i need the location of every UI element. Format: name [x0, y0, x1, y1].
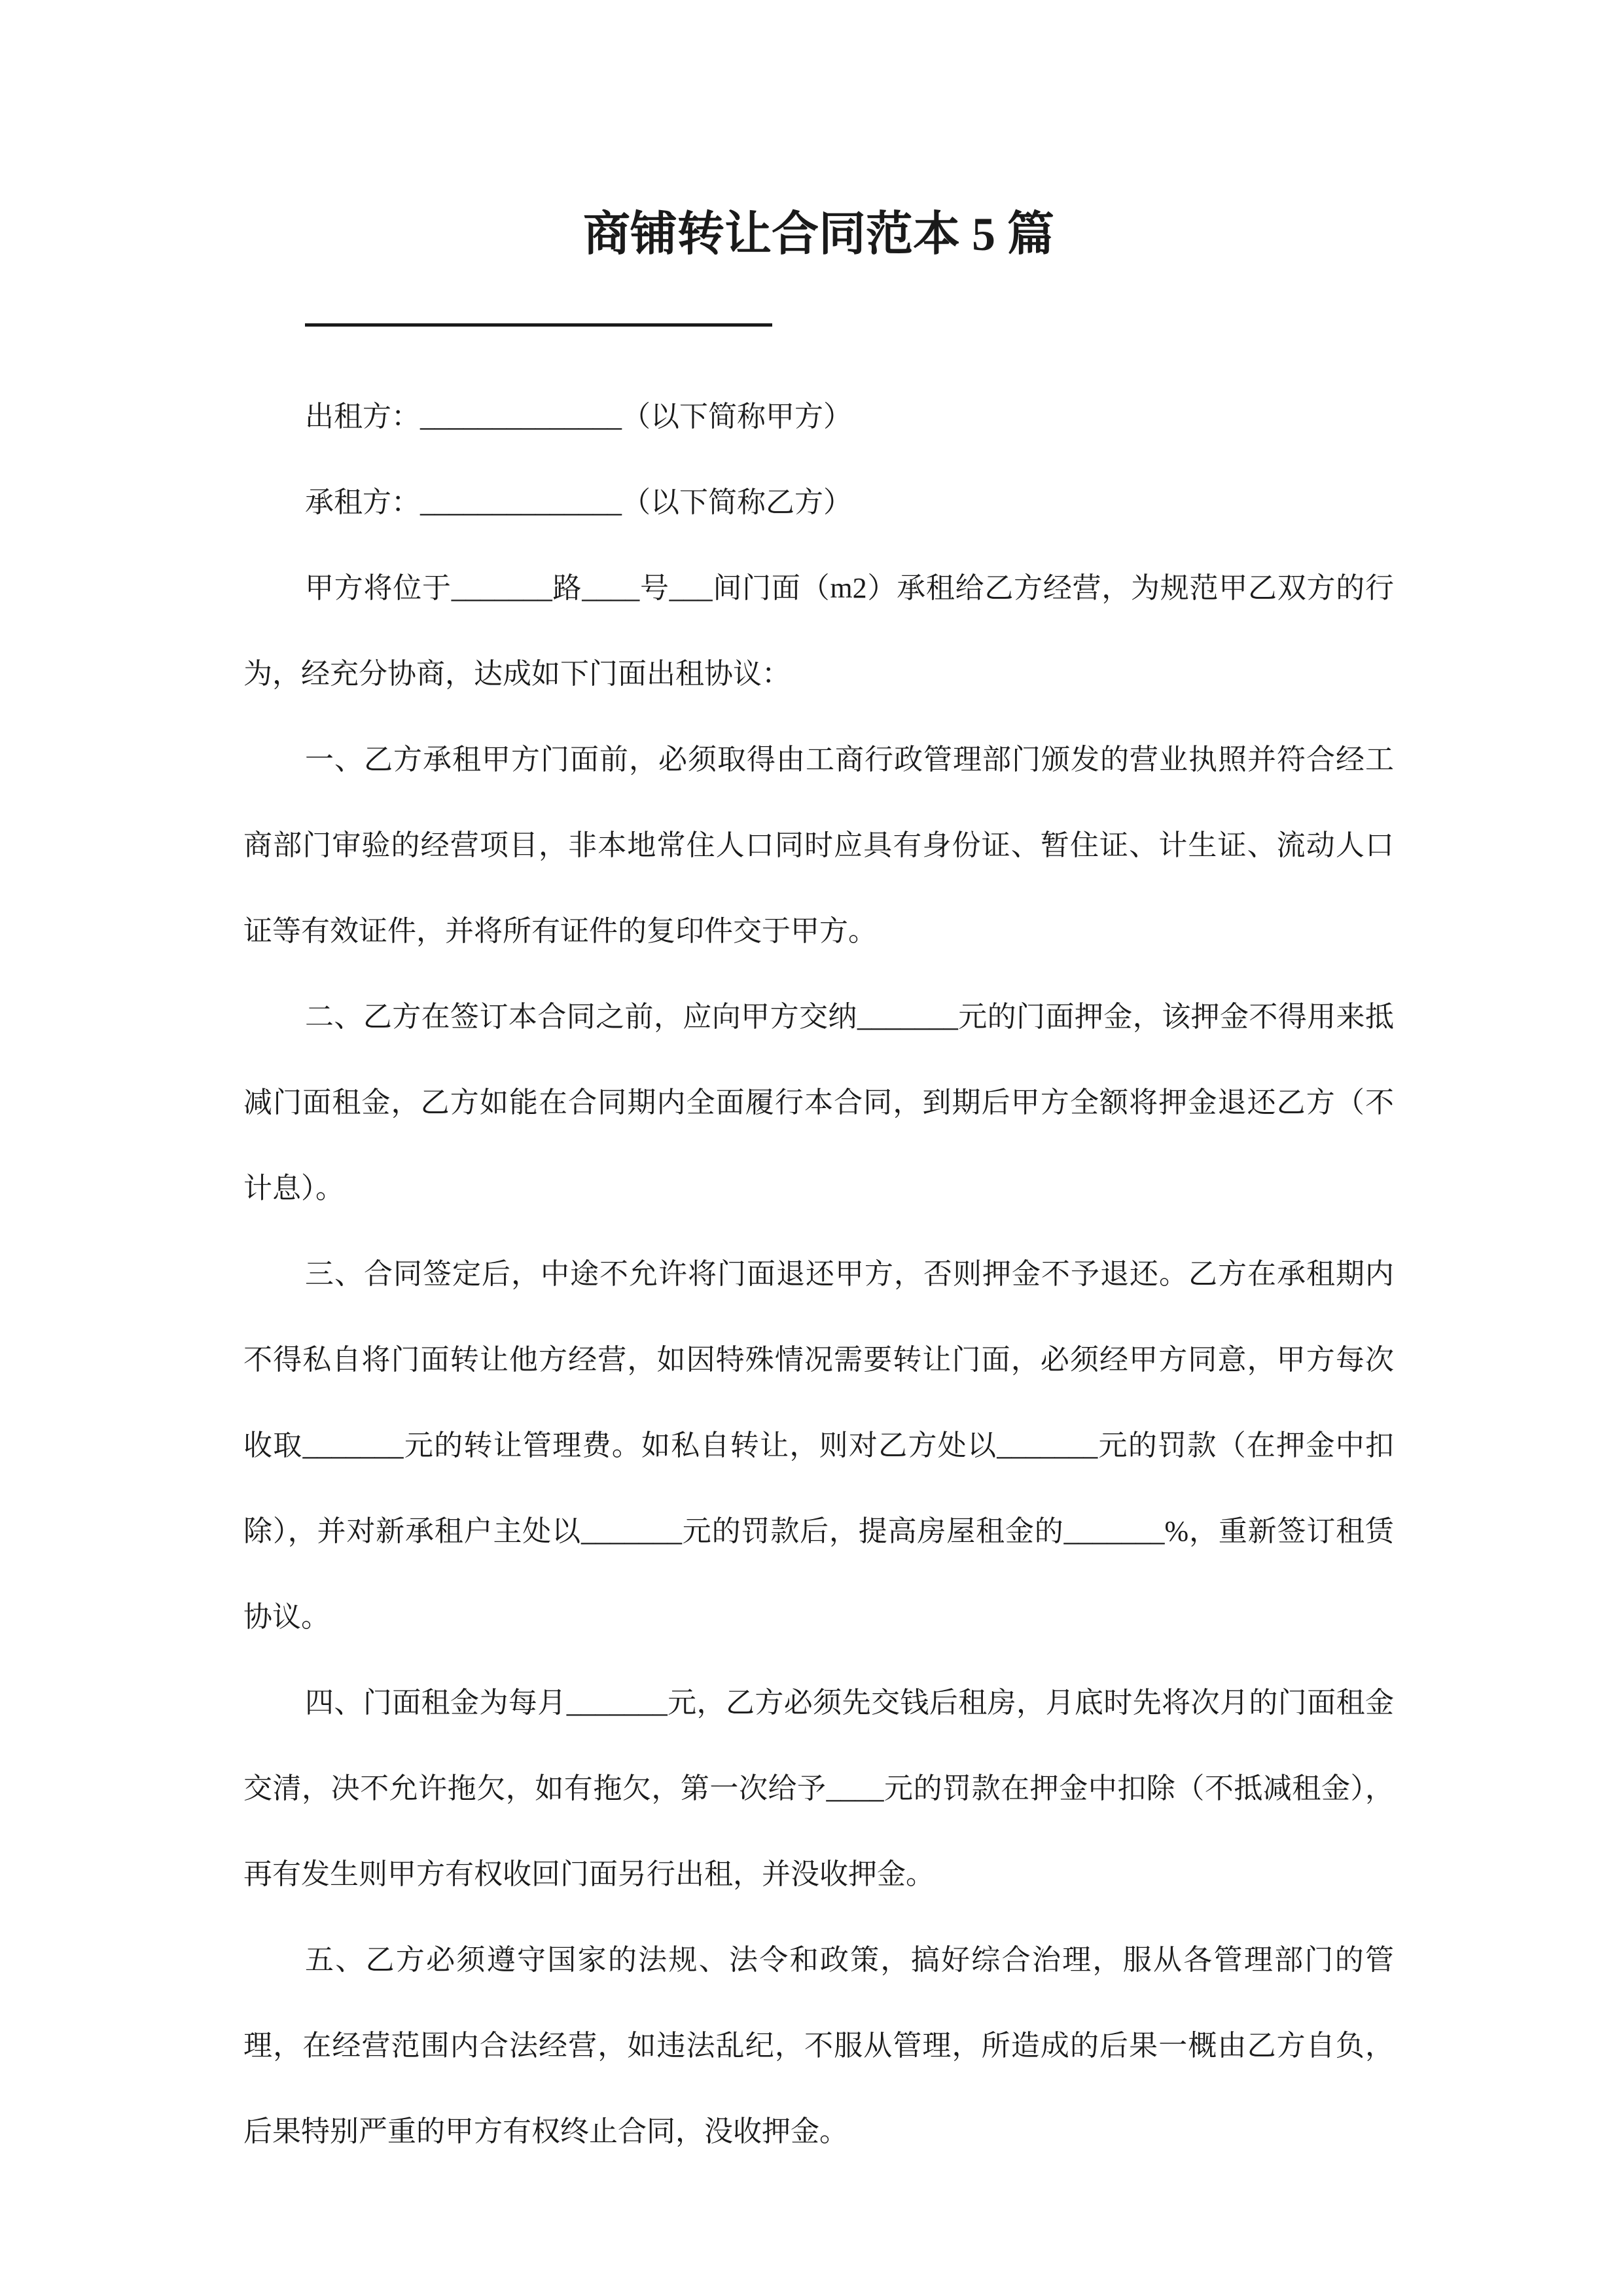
clause-2: 二、乙方在签订本合同之前，应向甲方交纳_______元的门面押金，该押金不得用来… [243, 974, 1394, 1231]
clause-3: 三、合同签定后，中途不允许将门面退还甲方，否则押金不予退还。乙方在承租期内不得私… [243, 1231, 1394, 1660]
clause-5: 五、乙方必须遵守国家的法规、法令和政策，搞好综合治理，服从各管理部门的管理，在经… [243, 1917, 1394, 2174]
title-blank-underline [305, 323, 772, 327]
clause-4: 四、门面租金为每月_______元，乙方必须先交钱后租房，月底时先将次月的门面租… [243, 1660, 1394, 1917]
paragraph-lessor: 出租方：______________（以下简称甲方） [243, 374, 1394, 459]
paragraph-lessee: 承租方：______________（以下简称乙方） [243, 459, 1394, 545]
contract-document-page: 商铺转让合同范本 5 篇 出租方：______________（以下简称甲方） … [0, 0, 1623, 2296]
document-body: 出租方：______________（以下简称甲方） 承租方：_________… [243, 374, 1394, 2174]
paragraph-intro: 甲方将位于_______路____号___间门面（m2）承租给乙方经营，为规范甲… [243, 545, 1394, 717]
clause-1: 一、乙方承租甲方门面前，必须取得由工商行政管理部门颁发的营业执照并符合经工商部门… [243, 717, 1394, 974]
document-title: 商铺转让合同范本 5 篇 [243, 203, 1394, 266]
